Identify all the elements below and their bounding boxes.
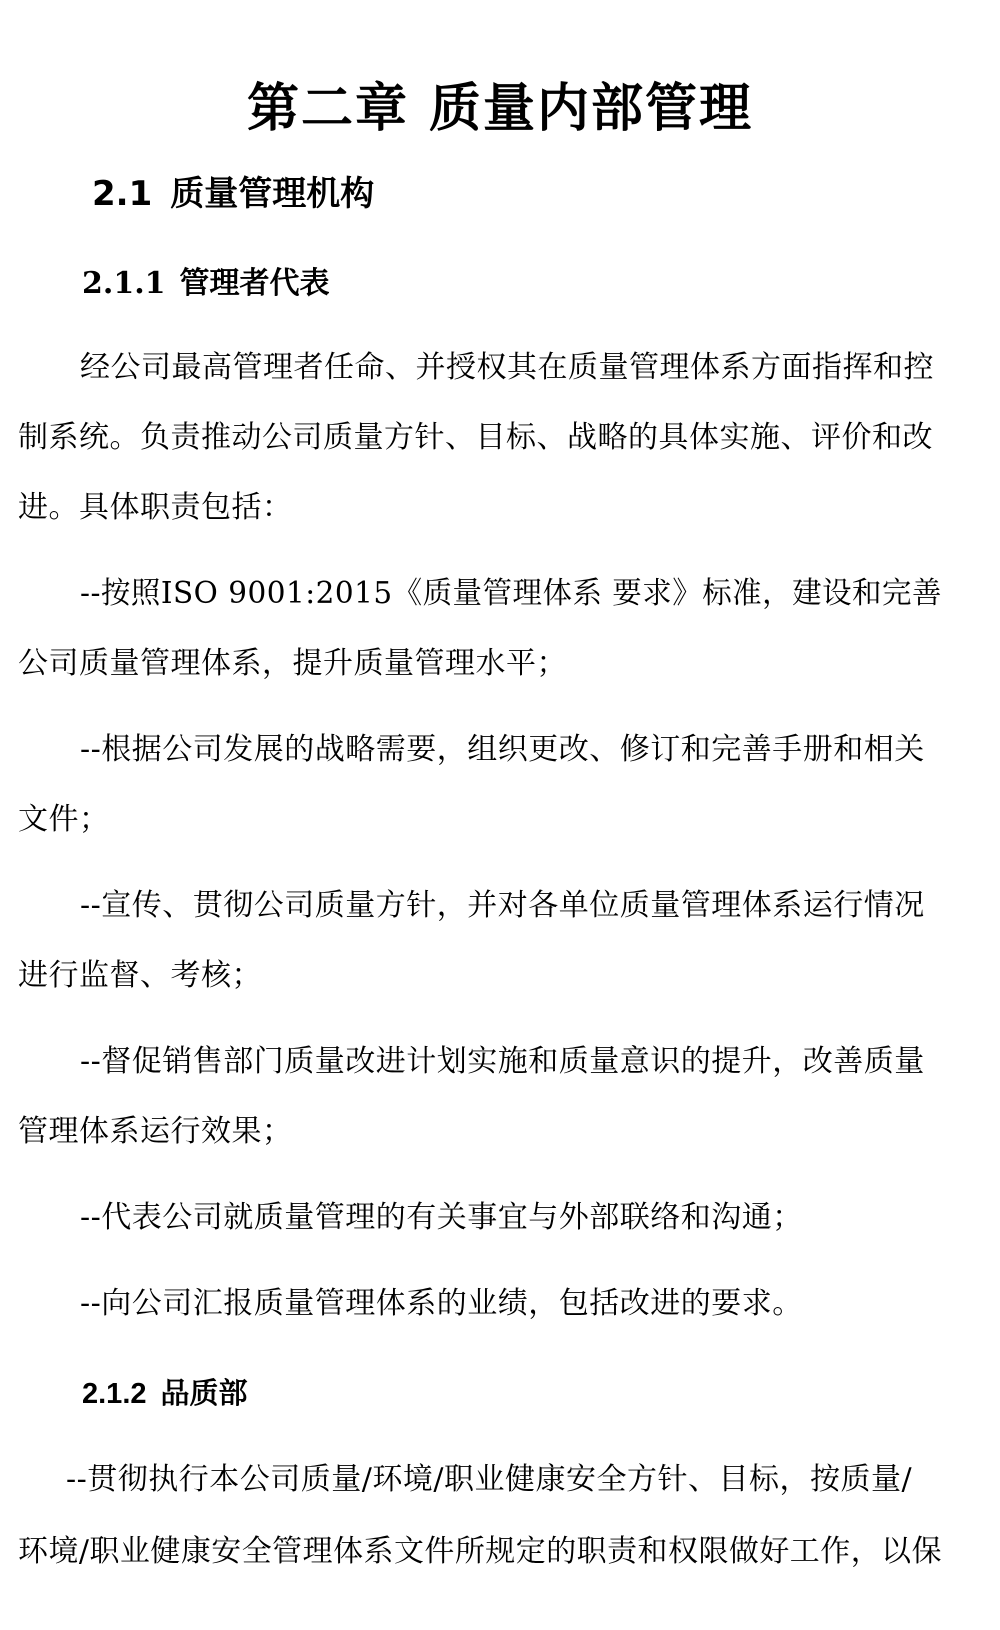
duty-item-line: --按照ISO 9001:2015《质量管理体系 要求》标准，建设和完善: [80, 574, 942, 614]
duty-item-line: 文件；: [18, 800, 110, 840]
duty-item-line: 管理体系运行效果；: [18, 1112, 293, 1152]
duty-item-line: --宣传、贯彻公司质量方针，并对各单位质量管理体系运行情况: [80, 886, 925, 926]
duty-item-line: 公司质量管理体系，提升质量管理水平；: [18, 644, 567, 684]
subsection-title: 品质部: [161, 1378, 248, 1410]
duty-item-line: 进行监督、考核；: [18, 956, 262, 996]
paragraph-line: 进。具体职责包括：: [18, 488, 293, 528]
subsection-number: 2.1.2: [82, 1378, 147, 1410]
subsection-heading-managers-representative: 2.1.1管理者代表: [82, 264, 330, 304]
duty-item-line: 环境/职业健康安全管理体系文件所规定的职责和权限做好工作，以保: [18, 1532, 942, 1572]
duty-item-line: --代表公司就质量管理的有关事宜与外部联络和沟通；: [80, 1198, 803, 1238]
paragraph-line: 制系统。负责推动公司质量方针、目标、战略的具体实施、评价和改: [18, 418, 933, 458]
subsection-title: 管理者代表: [180, 266, 330, 301]
document-page: 第二章 质量内部管理 2.1质量管理机构 2.1.1管理者代表 经公司最高管理者…: [0, 0, 1000, 1630]
duty-item-line: --向公司汇报质量管理体系的业绩，包括改进的要求。: [80, 1284, 803, 1324]
section-title: 质量管理机构: [170, 174, 374, 214]
subsection-number: 2.1.1: [82, 266, 166, 301]
section-heading: 2.1质量管理机构: [92, 172, 374, 216]
subsection-heading-quality-department: 2.1.2品质部: [82, 1374, 248, 1414]
duty-item-line: --根据公司发展的战略需要，组织更改、修订和完善手册和相关: [80, 730, 925, 770]
duty-item-line: --贯彻执行本公司质量/环境/职业健康安全方针、目标，按质量/: [66, 1460, 912, 1500]
chapter-title: 第二章 质量内部管理: [0, 78, 1000, 140]
duty-item-line: --督促销售部门质量改进计划实施和质量意识的提升，改善质量: [80, 1042, 925, 1082]
paragraph-line: 经公司最高管理者任命、并授权其在质量管理体系方面指挥和控: [80, 348, 934, 388]
section-number: 2.1: [92, 174, 152, 214]
